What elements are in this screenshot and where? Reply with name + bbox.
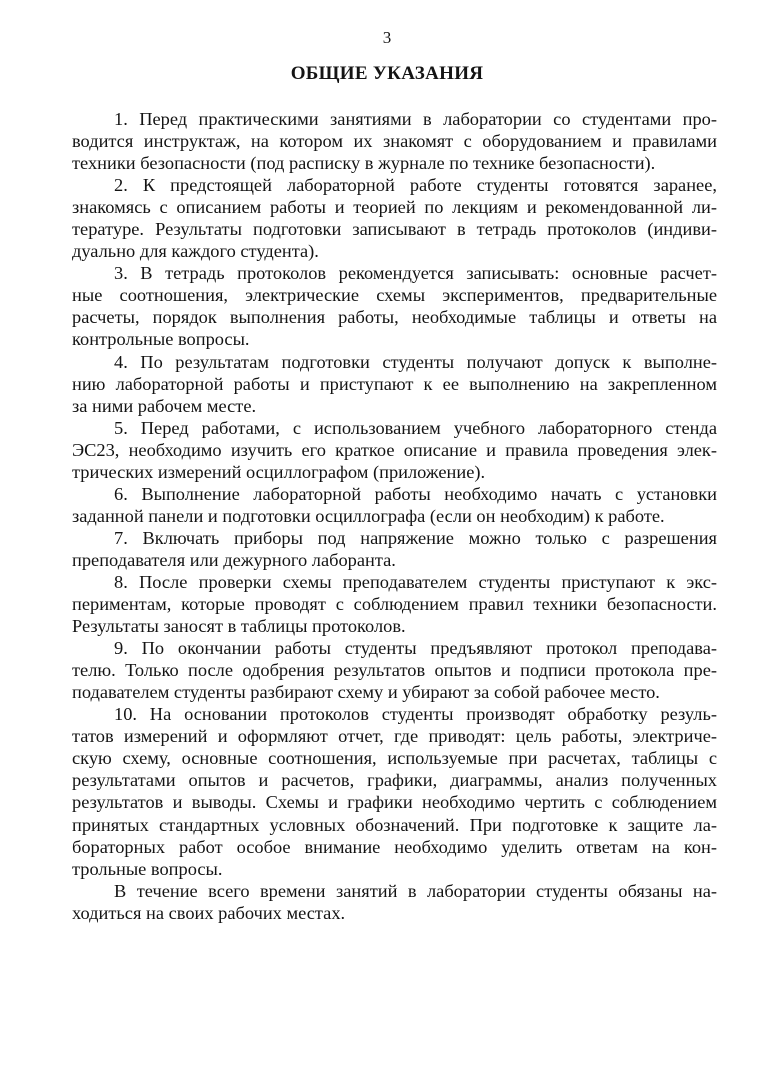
paragraph: 1. Перед практическими занятиями в лабор…: [72, 108, 717, 174]
text-line: 6. Выполнение лабораторной работы необхо…: [72, 483, 717, 505]
paragraph: 4. По результатам подготовки студенты по…: [72, 351, 717, 417]
paragraph: 8. После проверки схемы преподавателем с…: [72, 571, 717, 637]
text-line: 2. К предстоящей лабораторной работе сту…: [72, 174, 717, 196]
text-line: Результаты заносят в таблицы протоколов.: [72, 615, 717, 637]
text-line: дуально для каждого студента).: [72, 240, 717, 262]
page-title: ОБЩИЕ УКАЗАНИЯ: [0, 62, 774, 86]
text-line: результатов и выводы. Схемы и графики не…: [72, 791, 717, 813]
text-line: 9. По окончании работы студенты предъявл…: [72, 637, 717, 659]
text-line: водится инструктаж, на котором их знаком…: [72, 130, 717, 152]
text-line: татов измерений и оформляют отчет, где п…: [72, 725, 717, 747]
text-line: 3. В тетрадь протоколов рекомендуется за…: [72, 262, 717, 284]
paragraph: 9. По окончании работы студенты предъявл…: [72, 637, 717, 703]
text-line: тературе. Результаты подготовки записыва…: [72, 218, 717, 240]
text-line: В течение всего времени занятий в лабора…: [72, 880, 717, 902]
text-line: ходиться на своих рабочих местах.: [72, 902, 717, 924]
document-page: 3 ОБЩИЕ УКАЗАНИЯ 1. Перед практическими …: [0, 0, 774, 1080]
paragraph: 3. В тетрадь протоколов рекомендуется за…: [72, 262, 717, 350]
paragraph: 10. На основании протоколов студенты про…: [72, 703, 717, 879]
text-line: скую схему, основные соотношения, исполь…: [72, 747, 717, 769]
text-line: ные соотношения, электрические схемы экс…: [72, 284, 717, 306]
text-line: нию лабораторной работы и приступают к е…: [72, 373, 717, 395]
paragraph: 7. Включать приборы под напряжение можно…: [72, 527, 717, 571]
text-line: трольные вопросы.: [72, 858, 717, 880]
page-number: 3: [0, 28, 774, 48]
text-line: техники безопасности (под расписку в жур…: [72, 152, 717, 174]
paragraph: 2. К предстоящей лабораторной работе сту…: [72, 174, 717, 262]
text-line: 8. После проверки схемы преподавателем с…: [72, 571, 717, 593]
text-line: результатами опытов и расчетов, графики,…: [72, 769, 717, 791]
text-line: преподавателя или дежурного лаборанта.: [72, 549, 717, 571]
text-line: трических измерений осциллографом (прило…: [72, 461, 717, 483]
text-line: расчеты, порядок выполнения работы, необ…: [72, 306, 717, 328]
text-line: принятых стандартных условных обозначени…: [72, 814, 717, 836]
paragraph: В течение всего времени занятий в лабора…: [72, 880, 717, 924]
text-line: контрольные вопросы.: [72, 328, 717, 350]
text-line: 10. На основании протоколов студенты про…: [72, 703, 717, 725]
paragraph: 6. Выполнение лабораторной работы необхо…: [72, 483, 717, 527]
text-line: 7. Включать приборы под напряжение можно…: [72, 527, 717, 549]
text-line: за ними рабочем месте.: [72, 395, 717, 417]
text-line: периментам, которые проводят с соблюдени…: [72, 593, 717, 615]
text-line: ЭС23, необходимо изучить его краткое опи…: [72, 439, 717, 461]
document-body: 1. Перед практическими занятиями в лабор…: [72, 108, 717, 924]
text-line: подавателем студенты разбирают схему и у…: [72, 681, 717, 703]
text-line: заданной панели и подготовки осциллограф…: [72, 505, 717, 527]
paragraph: 5. Перед работами, с использованием учеб…: [72, 417, 717, 483]
text-line: 1. Перед практическими занятиями в лабор…: [72, 108, 717, 130]
text-line: бораторных работ особое внимание необход…: [72, 836, 717, 858]
text-line: телю. Только после одобрения результатов…: [72, 659, 717, 681]
text-line: 4. По результатам подготовки студенты по…: [72, 351, 717, 373]
text-line: знакомясь с описанием работы и теорией п…: [72, 196, 717, 218]
text-line: 5. Перед работами, с использованием учеб…: [72, 417, 717, 439]
